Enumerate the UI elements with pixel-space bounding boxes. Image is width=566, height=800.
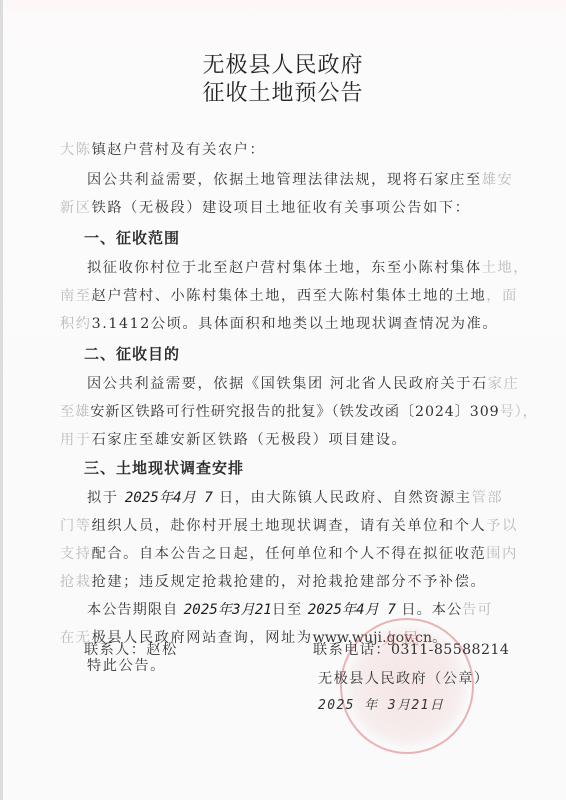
section2-line-3: 用于石家庄至雄安新区铁路（无极段）项目建设。 bbox=[60, 430, 516, 450]
section1-line-2: 南至赵户营村、小陈村集体土地，西至大陈村集体土地的土地，面 bbox=[60, 286, 516, 306]
body-text: 拟征收你村位于北至赵户营村集体土地，东至小陈村集体 bbox=[87, 260, 482, 276]
salutation-text: 镇赵户营村及有关农户： bbox=[92, 142, 266, 158]
faded-text: 土地， bbox=[482, 260, 529, 276]
section3-line-4: 抢栽抢建；违反规定抢栽抢建的，对抢栽抢建部分不予补偿。 bbox=[60, 572, 516, 592]
intro-faded: 雄安 bbox=[482, 172, 514, 188]
body-text: 组织人员，赴你村开展土地现状调查，请有关单位和个人 bbox=[92, 518, 487, 534]
intro-text: 铁路（无极段）建设项目土地征收有关事项公告如下： bbox=[92, 200, 471, 216]
body-text: 日至 bbox=[272, 602, 308, 618]
issuer: 无极县人民政府（公章） bbox=[318, 669, 489, 689]
body-text: 日。本公 bbox=[396, 602, 462, 618]
faded-text: ，面 bbox=[486, 288, 518, 304]
body-text: 拟于 bbox=[87, 490, 125, 506]
contact-person-name: 赵松 bbox=[146, 642, 177, 658]
body-text: 石家庄至雄安新区铁路（无极段）项目建设。 bbox=[92, 432, 408, 448]
body-text: 本公告期限自 bbox=[87, 602, 184, 618]
faded-text: 围内 bbox=[486, 546, 518, 562]
faded-text: 门等 bbox=[60, 518, 92, 534]
intro-text: 因公共利益需要，依据土地管理法律法规，现将石家庄至 bbox=[87, 172, 482, 188]
intro-line-2: 新区铁路（无极段）建设项目土地征收有关事项公告如下： bbox=[60, 198, 516, 218]
faded-text: 号）， bbox=[500, 404, 538, 420]
section3-line-1: 拟于 2025年4月 7 日，由大陈镇人民政府、自然资源主管部 bbox=[87, 488, 543, 508]
document-title-line1: 无极县人民政府 bbox=[0, 52, 566, 80]
section2-line-2: 至雄安新区铁路可行性研究报告的批复》（铁发改函〔2024〕309号）， bbox=[60, 402, 516, 422]
period-line-1: 本公告期限自 2025年3月21日至 2025年4月 7 日。本公告可 bbox=[87, 600, 543, 620]
document-title-line2: 征收土地预公告 bbox=[0, 80, 566, 108]
contact-person-row: 联系人：赵松 bbox=[84, 640, 178, 660]
handwritten-date: 2025年4月 7 bbox=[308, 602, 396, 618]
section-heading-survey: 三、土地现状调查安排 bbox=[84, 458, 244, 478]
section-heading-purpose: 二、征收目的 bbox=[84, 344, 180, 364]
section3-line-2: 门等组织人员，赴你村开展土地现状调查，请有关单位和个人予以 bbox=[60, 516, 516, 536]
body-text: 抢建；违反规定抢栽抢建的，对抢栽抢建部分不予补偿。 bbox=[92, 574, 487, 590]
faded-text: 南至 bbox=[60, 288, 92, 304]
contact-phone-row: 联系电话：0311-85588214 bbox=[313, 640, 509, 660]
faded-text: 告可 bbox=[462, 602, 492, 618]
handwritten-date: 2025年3月21 bbox=[184, 602, 272, 618]
faded-text: 家庄 bbox=[488, 376, 520, 392]
faded-text: 抢栽 bbox=[60, 574, 92, 590]
body-text: 配合。自本公告之日起，任何单位和个人不得在拟征收范 bbox=[92, 546, 487, 562]
contact-phone-number: 0311-85588214 bbox=[391, 642, 509, 658]
body-text: 安新区铁路可行性研究报告的批复》（铁发改函〔2024〕309 bbox=[90, 404, 499, 420]
faded-text: 至雄 bbox=[60, 404, 90, 420]
document-page: 无极县人民政府 征收土地预公告 大陈镇赵户营村及有关农户： 因公共利益需要，依据… bbox=[0, 0, 566, 800]
section-heading-scope: 一、征收范围 bbox=[84, 228, 180, 248]
faded-text: 用于 bbox=[60, 432, 92, 448]
intro-faded: 新区 bbox=[60, 200, 92, 216]
body-text: 3.1412公顷。具体面积和地类以土地现状调查情况为准。 bbox=[92, 316, 499, 332]
faded-text: 予以 bbox=[486, 518, 518, 534]
section1-line-3: 积约3.1412公顷。具体面积和地类以土地现状调查情况为准。 bbox=[60, 314, 516, 334]
faded-text: 支持 bbox=[60, 546, 92, 562]
body-text: 日，由大陈镇人民政府、自然资源主 bbox=[213, 490, 472, 506]
handwritten-date: 2025年4月 7 bbox=[125, 490, 213, 506]
section1-line-1: 拟征收你村位于北至赵户营村集体土地，东至小陈村集体土地， bbox=[87, 258, 543, 278]
contact-phone-label: 联系电话： bbox=[313, 642, 391, 658]
salutation-faded: 大陈 bbox=[60, 142, 92, 158]
signed-date: 2025 年 3月21日 bbox=[318, 696, 444, 716]
contact-person-label: 联系人： bbox=[84, 642, 146, 658]
faded-text: 管部 bbox=[472, 490, 504, 506]
body-text: 因公共利益需要，依据《国铁集团 河北省人民政府关于石 bbox=[87, 376, 488, 392]
faded-text: 积约 bbox=[60, 316, 92, 332]
salutation: 大陈镇赵户营村及有关农户： bbox=[60, 140, 516, 160]
scan-edge bbox=[0, 0, 3, 800]
intro-line-1: 因公共利益需要，依据土地管理法律法规，现将石家庄至雄安 bbox=[87, 170, 543, 190]
section2-line-1: 因公共利益需要，依据《国铁集团 河北省人民政府关于石家庄 bbox=[87, 374, 543, 394]
body-text: 赵户营村、小陈村集体土地，西至大陈村集体土地的土地 bbox=[92, 288, 487, 304]
section3-line-3: 支持配合。自本公告之日起，任何单位和个人不得在拟征收范围内 bbox=[60, 544, 516, 564]
